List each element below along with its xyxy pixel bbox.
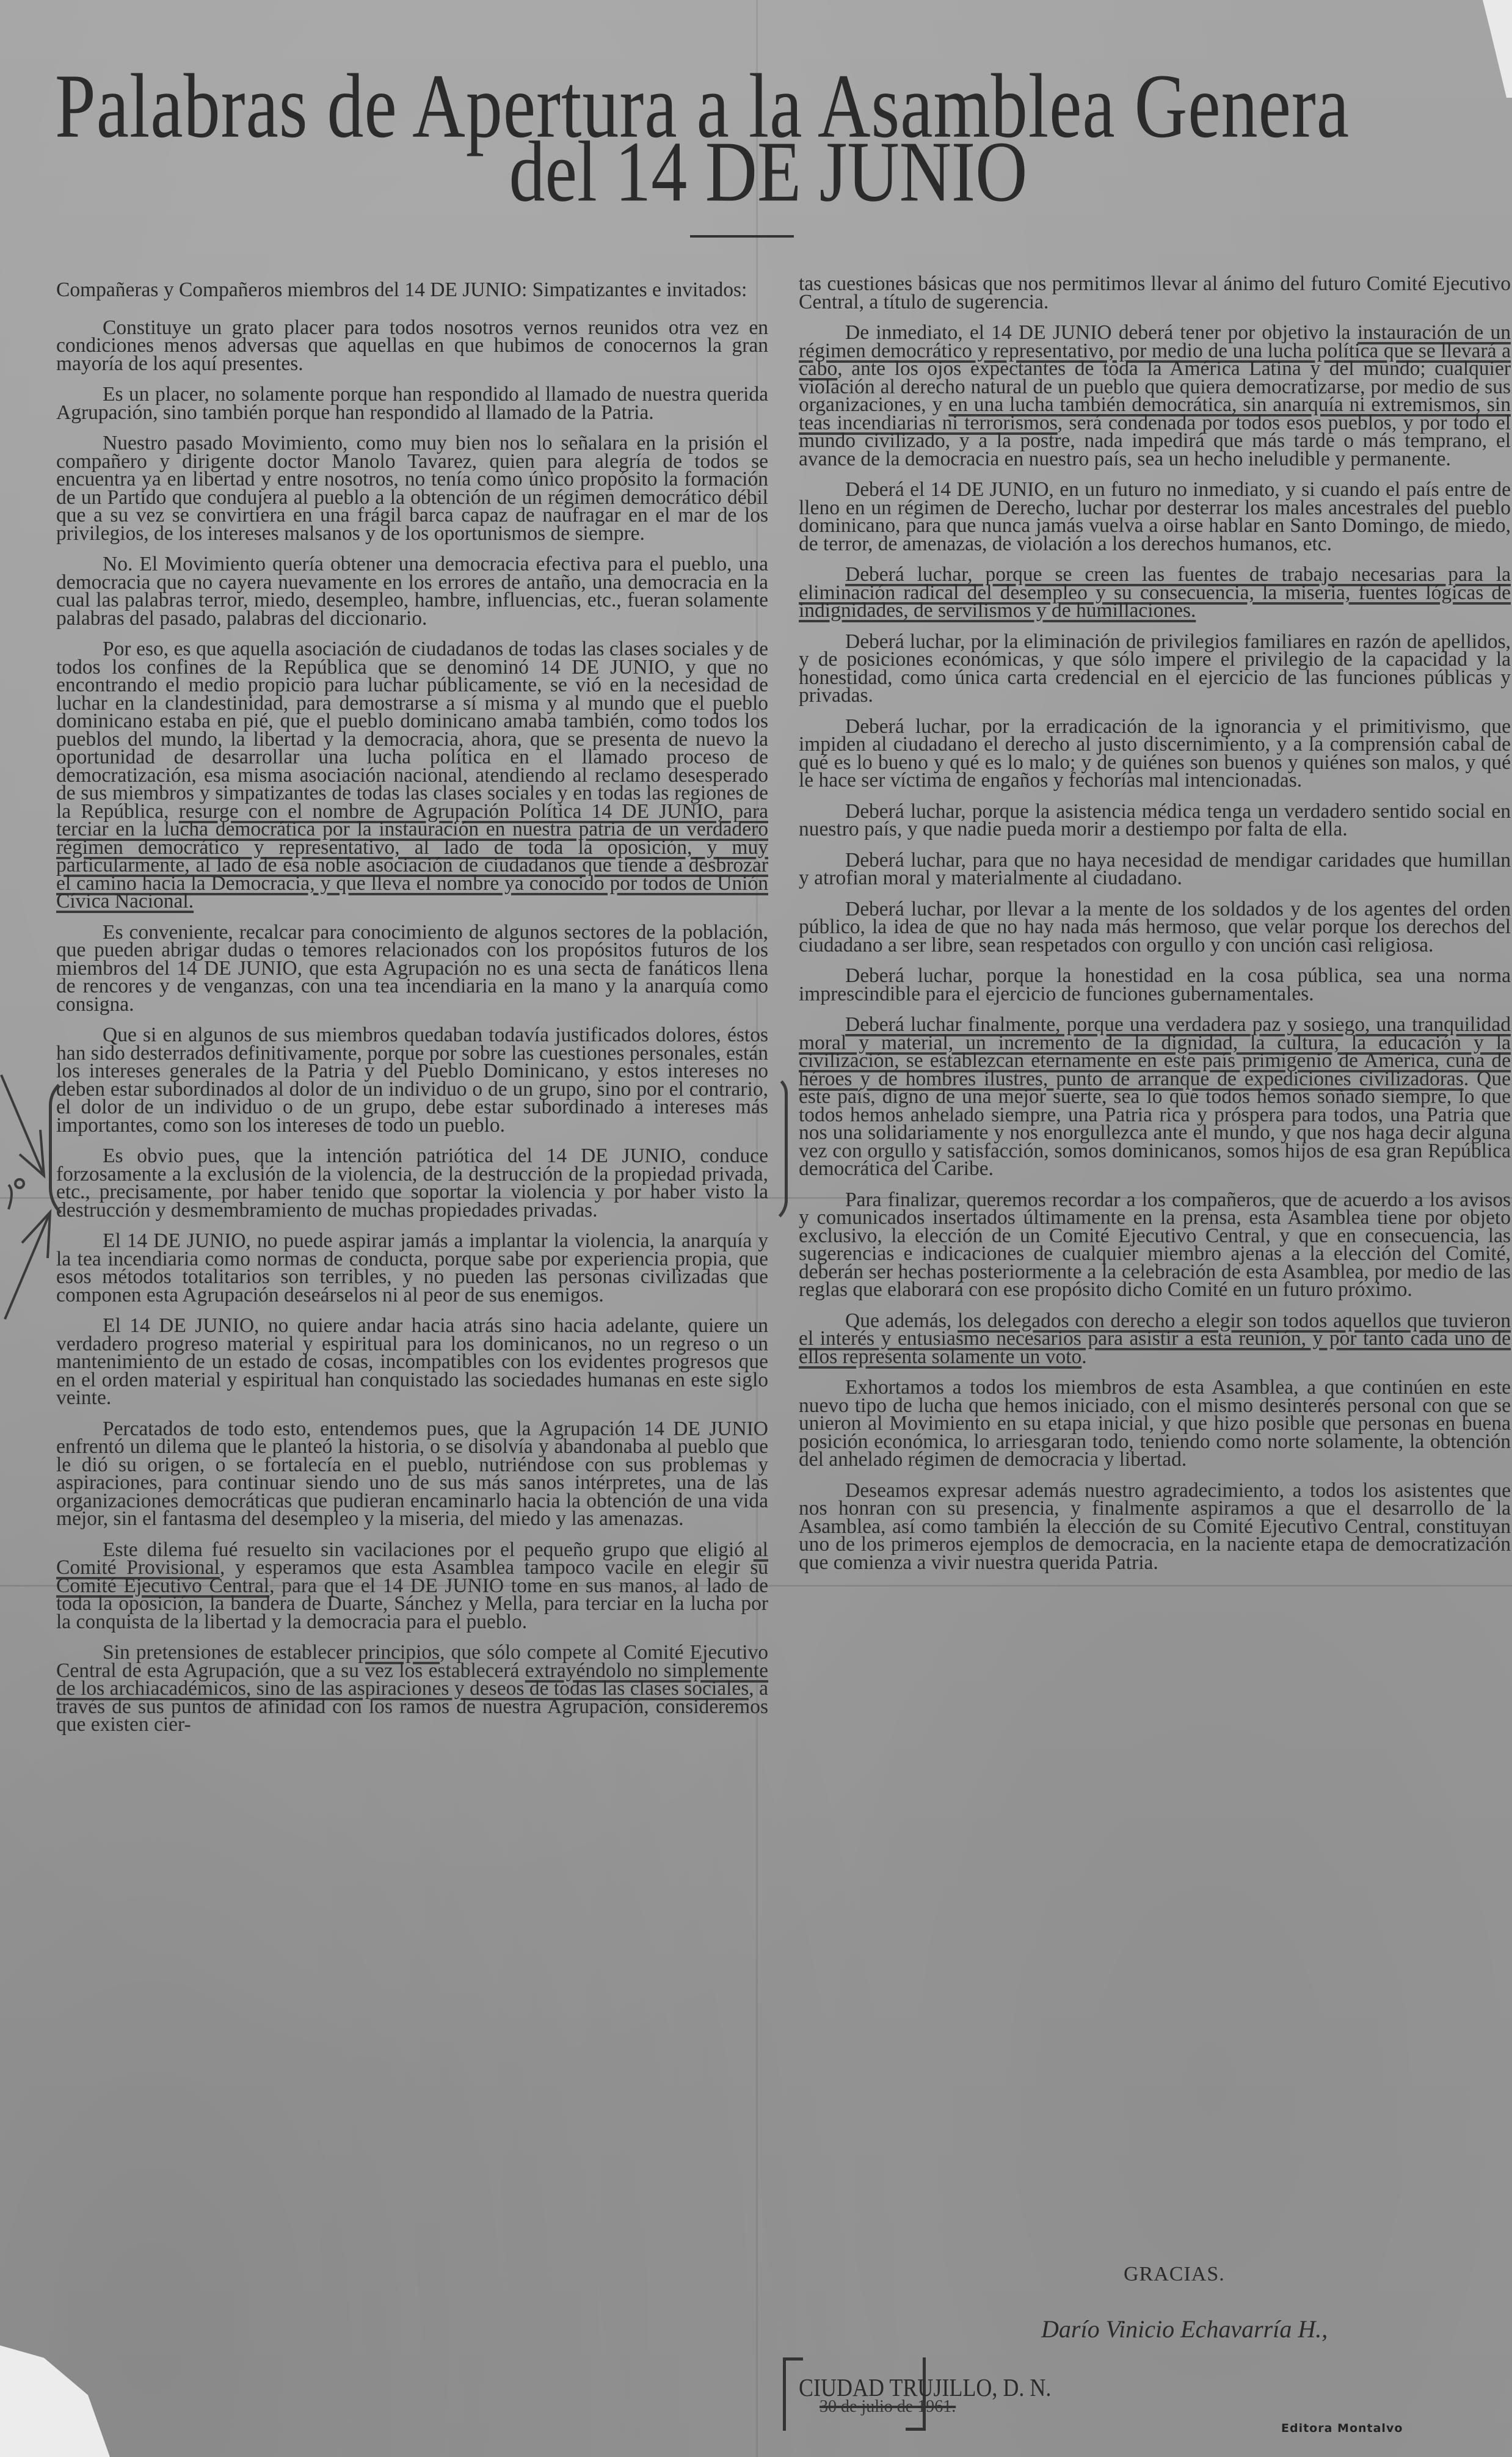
printer-credit: Editora Montalvo: [1281, 2422, 1403, 2435]
paragraph: Sin pretensiones de establecer principio…: [56, 1643, 768, 1734]
paragraph: Nuestro pasado Movimiento, como muy bien…: [56, 434, 768, 542]
paragraph: Deberá luchar, por llevar a la mente de …: [799, 900, 1511, 955]
paragraph: Para finalizar, queremos recordar a los …: [799, 1191, 1511, 1299]
handwritten-underline: Deberá luchar, porque se creen las fuent…: [799, 563, 1511, 622]
paragraph: Deberá luchar, por la eliminación de pri…: [799, 633, 1511, 705]
paragraph: Deberá luchar, porque la asistencia médi…: [799, 803, 1511, 839]
paragraph: El 14 DE JUNIO, no puede aspirar jamás a…: [56, 1232, 768, 1304]
right-column: tas cuestiones básicas que nos permitimo…: [799, 275, 1511, 1584]
scanned-page: Palabras de Apertura a la Asamblea Gener…: [0, 0, 1512, 2457]
paragraph: Es un placer, no solamente porque han re…: [56, 385, 768, 421]
paragraph: Percatados de todo esto, entendemos pues…: [56, 1420, 768, 1528]
paragraph: Que además, los delegados con derecho a …: [799, 1312, 1511, 1366]
signature: Darío Vinicio Echavarría H.,: [1041, 2315, 1328, 2343]
paragraph: No. El Movimiento quería obtener una dem…: [56, 555, 768, 627]
handwritten-underline: Deberá luchar finalmente, porque una ver…: [799, 1013, 1511, 1090]
torn-corner-bottom-left: [0, 2333, 110, 2457]
paragraph: Este dilema fué resuelto sin vacilacione…: [56, 1541, 768, 1631]
paragraph: Deberá luchar, porque la honestidad en l…: [799, 967, 1511, 1003]
handwritten-arrow-icon: [0, 1063, 73, 1368]
document-subtitle: del 14 DE JUNIO: [0, 122, 1512, 222]
paragraph: Es conveniente, recalcar para conocimien…: [56, 923, 768, 1014]
paragraph: Por eso, es que aquella asociación de ci…: [56, 640, 768, 911]
title-ornament-rule: [690, 235, 794, 238]
paragraph: Deberá luchar, por la erradicación de la…: [799, 718, 1511, 790]
closing-thanks: GRACIAS.: [1124, 2263, 1225, 2286]
paragraph: Deberá luchar, para que no haya necesida…: [799, 851, 1511, 887]
paragraph: El 14 DE JUNIO, no quiere andar hacia at…: [56, 1317, 768, 1407]
paragraph: Constituye un grato placer para todos no…: [56, 319, 768, 373]
paragraph: Deberá luchar finalmente, porque una ver…: [799, 1016, 1511, 1178]
paragraph: Deseamos expresar además nuestro agradec…: [799, 1482, 1511, 1572]
left-column: Compañeras y Compañeros miembros del 14 …: [56, 281, 768, 1747]
paragraph: De inmediato, el 14 DE JUNIO deberá tene…: [799, 324, 1511, 468]
paragraph: Deberá el 14 DE JUNIO, en un futuro no i…: [799, 481, 1511, 553]
paragraph: Deberá luchar, porque se creen las fuent…: [799, 566, 1511, 620]
paragraph: Exhortamos a todos los miembros de esta …: [799, 1378, 1511, 1469]
paragraph: tas cuestiones básicas que nos permitimo…: [799, 275, 1511, 311]
handwritten-bracket-annotation: [49, 1075, 788, 1225]
stamp-date: 30 de julio de 1961.: [820, 2397, 956, 2417]
salutation: Compañeras y Compañeros miembros del 14 …: [56, 281, 768, 299]
